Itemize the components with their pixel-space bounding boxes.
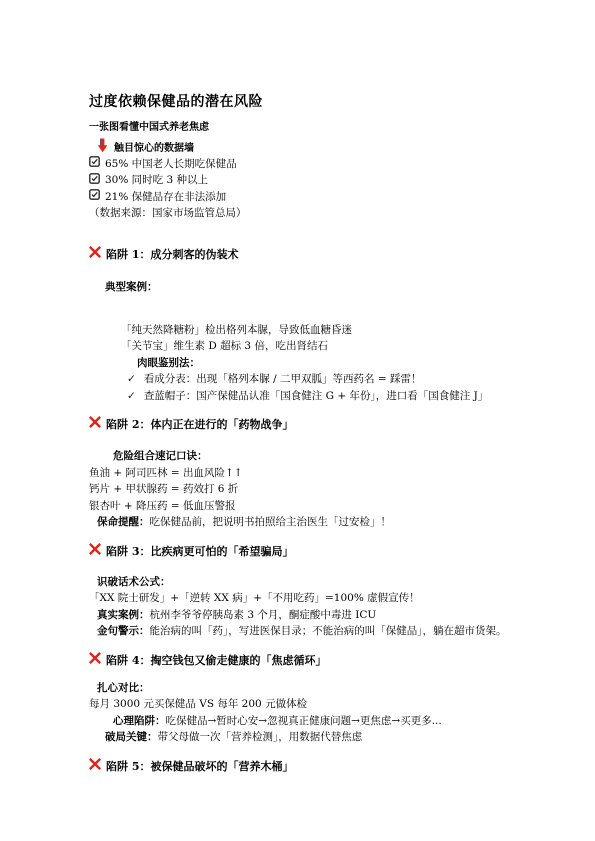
data-wall-heading-label: 触目惊心的数据墙 (114, 139, 194, 154)
formula-line: 「XX 院士研发」+「逆转 XX 病」+「不用吃药」=100% 虚假宣传！ (89, 590, 547, 607)
trap-5-heading: 陷阱 5：被保健品破坏的「营养木桶」 (89, 758, 547, 775)
check-line: ✓ 查蓝帽子：国产保健品认准「国食健注 G + 年份」，进口看「国食健注 J」 (127, 388, 547, 405)
page-title: 过度依赖保健品的潜在风险 (89, 93, 547, 111)
fix-line: 破局关键：带父母做一次「营养检测」，用数据代替焦虑 (105, 729, 547, 746)
checkbox-checked-icon (89, 173, 100, 187)
trap-title: 陷阱 2：体内正在进行的「药物战争」 (106, 416, 293, 433)
combo-line: 鱼油 + 阿司匹林 = 出血风险↑↑ (89, 465, 547, 482)
checkbox-checked-icon (89, 189, 100, 203)
trap-title: 陷阱 4：掏空钱包又偷走健康的「焦虑循环」 (106, 652, 326, 669)
psy-line: 心理陷阱：吃保健品→暂时心安→忽视真正健康问题→更焦虑→买更多... (113, 713, 547, 730)
psy-text: 吃保健品→暂时心安→忽视真正健康问题→更焦虑→买更多... (166, 715, 442, 727)
trap-1-heading: 陷阱 1：成分刺客的伪装术 (89, 246, 547, 263)
red-x-icon (89, 758, 101, 775)
warn-line: 金句警示：能治病的叫「药」，写进医保目录；不能治病的叫「保健品」，躺在超市货架。 (97, 623, 547, 640)
data-source: （数据来源：国家市场监管总局） (89, 205, 547, 222)
checkmark-icon: ✓ (127, 371, 136, 388)
combo-label: 危险组合速记口诀： (113, 448, 547, 465)
formula-label: 识破话术公式： (97, 574, 547, 591)
stat-item: 21% 保健品存在非法添加 (89, 188, 547, 205)
trap-4-heading: 陷阱 4：掏空钱包又偷走健康的「焦虑循环」 (89, 652, 547, 669)
compare-line: 每月 3000 元买保健品 VS 每年 200 元做体检 (89, 696, 547, 713)
red-x-icon (89, 652, 101, 669)
trap-title: 陷阱 5：被保健品破坏的「营养木桶」 (106, 758, 293, 775)
check-line: ✓ 看成分表：出现「格列本脲 / 二甲双胍」等西药名 = 踩雷！ (127, 371, 547, 388)
document-page: 过度依赖保健品的潜在风险 一张图看懂中国式养老焦虑 触目惊心的数据墙 65% 中… (0, 0, 595, 775)
identify-label: 肉眼鉴别法： (137, 355, 547, 372)
stat-text: 65% 中国老人长期吃保健品 (105, 156, 237, 171)
real-case-line: 真实案例：杭州李爷爷停胰岛素 3 个月，酮症酸中毒进 ICU (97, 607, 547, 624)
stat-item: 30% 同时吃 3 种以上 (89, 172, 547, 189)
real-case-label: 真实案例： (97, 609, 150, 621)
page-subtitle: 一张图看懂中国式养老焦虑 (89, 121, 547, 134)
case-line: 「关节宝」维生素 D 超标 3 倍，吃出肾结石 (121, 338, 547, 355)
combo-line: 钙片 + 甲状腺药 = 药效打 6 折 (89, 481, 547, 498)
tip-line: 保命提醒：吃保健品前，把说明书拍照给主治医生「过安检」！ (97, 514, 547, 531)
trap-title: 陷阱 1：成分刺客的伪装术 (106, 246, 238, 263)
red-x-icon (89, 543, 101, 560)
real-case-text: 杭州李爷爷停胰岛素 3 个月，酮症酸中毒进 ICU (150, 609, 377, 621)
case-line: 「纯天然降糖粉」检出格列本脲，导致低血糖昏迷 (121, 322, 547, 339)
trap-2-heading: 陷阱 2：体内正在进行的「药物战争」 (89, 416, 547, 433)
case-label: 典型案例： (105, 279, 547, 296)
stat-text: 21% 保健品存在非法添加 (105, 189, 226, 204)
checkbox-checked-icon (89, 156, 100, 170)
check-text: 看成分表：出现「格列本脲 / 二甲双胍」等西药名 = 踩雷！ (144, 371, 422, 388)
psy-label: 心理陷阱： (113, 715, 166, 727)
combo-line: 银杏叶 + 降压药 = 低血压警报 (89, 498, 547, 515)
fix-label: 破局关键： (105, 731, 158, 743)
compare-label: 扎心对比： (97, 680, 547, 697)
trap-3-heading: 陷阱 3：比疾病更可怕的「希望骗局」 (89, 543, 547, 560)
stat-text: 30% 同时吃 3 种以上 (105, 172, 208, 187)
data-wall-heading: 触目惊心的数据墙 (97, 138, 547, 155)
warn-text: 能治病的叫「药」，写进医保目录；不能治病的叫「保健品」，躺在超市货架。 (150, 625, 507, 637)
checkmark-icon: ✓ (127, 388, 136, 405)
trap-title: 陷阱 3：比疾病更可怕的「希望骗局」 (106, 543, 293, 560)
check-text: 查蓝帽子：国产保健品认准「国食健注 G + 年份」，进口看「国食健注 J」 (144, 388, 489, 405)
red-down-arrow-icon (97, 138, 108, 156)
red-x-icon (89, 246, 101, 263)
tip-text: 吃保健品前，把说明书拍照给主治医生「过安检」！ (150, 516, 392, 528)
fix-text: 带父母做一次「营养检测」，用数据代替焦虑 (158, 731, 363, 743)
warn-label: 金句警示： (97, 625, 150, 637)
tip-label: 保命提醒： (97, 516, 150, 528)
red-x-icon (89, 416, 101, 433)
stat-item: 65% 中国老人长期吃保健品 (89, 155, 547, 172)
